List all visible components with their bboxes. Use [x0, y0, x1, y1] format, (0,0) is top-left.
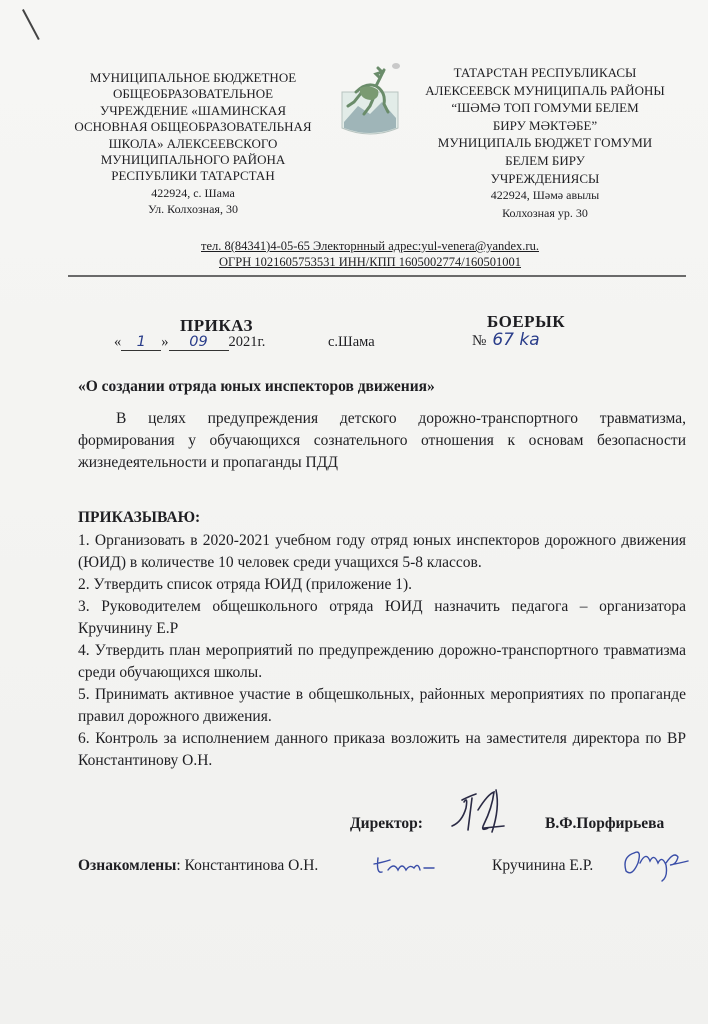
header-line: “ШӘМӘ ТОП ГОМУМИ БЕЛЕМ [410, 99, 680, 117]
number-prefix: № [472, 333, 486, 349]
order-date: «1»092021г. [114, 334, 265, 351]
header-line: МУНИЦИПАЛЬ БЮДЖЕТ ГОМУМИ [410, 134, 680, 152]
order-item: 4. Утвердить план мероприятий по предупр… [78, 640, 686, 684]
order-item: 6. Контроль за исполнением данного прика… [78, 728, 686, 772]
header-left-russian: МУНИЦИПАЛЬНОЕ БЮДЖЕТНОЕ ОБЩЕОБРАЗОВАТЕЛЬ… [58, 70, 328, 218]
header-line: ТАТАРСТАН РЕСПУБЛИКАСЫ [410, 64, 680, 82]
pen-mark [22, 9, 40, 40]
signature-kruchinina-icon [620, 843, 692, 885]
order-preamble: В целях предупреждения детского дорожно-… [78, 408, 686, 474]
director-name: В.Ф.Порфирьева [545, 815, 664, 833]
acknowledged-person-2: Кручинина Е.Р. [492, 857, 593, 875]
header-divider [68, 275, 686, 277]
director-label: Директор: [350, 815, 423, 833]
order-place: с.Шама [328, 334, 375, 351]
document-page: МУНИЦИПАЛЬНОЕ БЮДЖЕТНОЕ ОБЩЕОБРАЗОВАТЕЛЬ… [0, 0, 708, 1024]
date-day: 1 [121, 334, 161, 351]
contact-phone-email: тел. 8(84341)4-05-65 Электорнный адрес:y… [130, 238, 610, 254]
signature-konstantinova-icon [372, 852, 438, 880]
acknowledged-line: Ознакомлены: Константинова О.Н. [78, 857, 318, 875]
date-quote-open: « [114, 334, 121, 350]
header-postcode: 422924, Шәмә авылы [410, 187, 680, 205]
header-street: Колхозная ур. 30 [410, 205, 680, 223]
header-street: Ул. Колхозная, 30 [58, 201, 328, 217]
header-line: ОСНОВНАЯ ОБЩЕОБРАЗОВАТЕЛЬНАЯ [58, 119, 328, 135]
header-line: МУНИЦИПАЛЬНОЕ БЮДЖЕТНОЕ [58, 70, 328, 86]
date-year: 2021г. [229, 334, 266, 350]
order-item: 1. Организовать в 2020-2021 учебном году… [78, 530, 686, 574]
header-line: АЛЕКСЕЕВСК МУНИЦИПАЛЬ РАЙОНЫ [410, 82, 680, 100]
header-line: МУНИЦИПАЛЬНОГО РАЙОНА [58, 152, 328, 168]
header-line: УЧРЕЖДЕНИЕ «ШАМИНСКАЯ [58, 103, 328, 119]
order-item: 5. Принимать активное участие в общешкол… [78, 684, 686, 728]
order-title-tt: БОЕРЫК [487, 312, 565, 332]
acknowledged-label: Ознакомлены [78, 857, 176, 874]
header-line: БИРУ МӘКТӘБЕ” [410, 117, 680, 135]
header-line: УЧРЕЖДЕНИЯСЫ [410, 170, 680, 188]
registration-numbers: ОГРН 1021605753531 ИНН/КПП 1605002774/16… [130, 254, 610, 270]
director-signature-icon [448, 788, 518, 836]
order-number: №67 ka [472, 330, 540, 350]
order-title-ru: ПРИКАЗ [180, 316, 253, 336]
acknowledged-person-1: : Константинова О.Н. [176, 857, 318, 874]
header-line: ОБЩЕОБРАЗОВАТЕЛЬНОЕ [58, 86, 328, 102]
order-subject: «О создании отряда юных инспекторов движ… [78, 378, 435, 396]
deer-emblem-icon [336, 62, 404, 138]
date-quote-close: » [161, 334, 168, 350]
header-line: РЕСПУБЛИКИ ТАТАРСТАН [58, 168, 328, 184]
header-line: БЕЛЕМ БИРУ [410, 152, 680, 170]
contact-info: тел. 8(84341)4-05-65 Электорнный адрес:y… [130, 238, 610, 270]
header-postcode: 422924, с. Шама [58, 185, 328, 201]
order-items: 1. Организовать в 2020-2021 учебном году… [78, 530, 686, 772]
header-line: ШКОЛА» АЛЕКСЕЕВСКОГО [58, 136, 328, 152]
order-heading: ПРИКАЗЫВАЮ: [78, 509, 200, 527]
number-handwritten: 67 ka [492, 330, 539, 350]
order-item: 2. Утвердить список отряда ЮИД (приложен… [78, 574, 686, 596]
date-month: 09 [169, 334, 229, 351]
header-right-tatar: ТАТАРСТАН РЕСПУБЛИКАСЫ АЛЕКСЕЕВСК МУНИЦИ… [410, 64, 680, 222]
order-item: 3. Руководителем общешкольного отряда ЮИ… [78, 596, 686, 640]
